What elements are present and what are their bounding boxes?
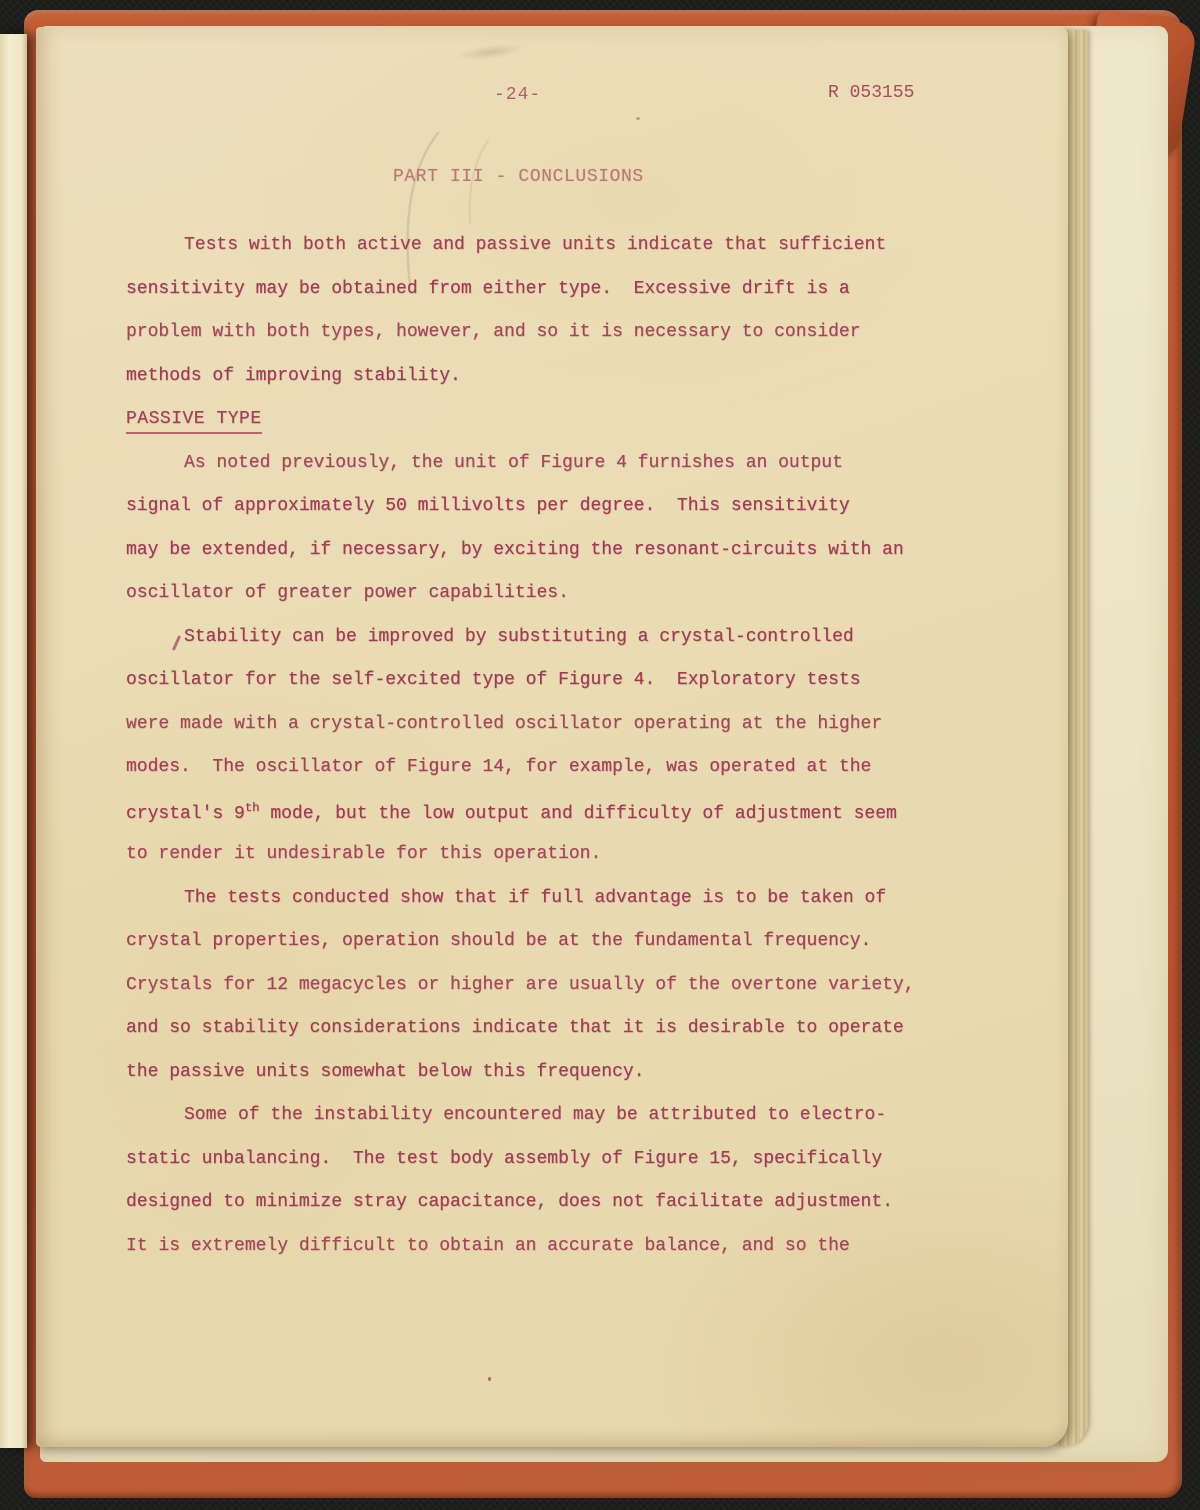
page-body: Tests with both active and passive units… [126,235,936,1279]
section-title: PART III - CONCLUSIONS [393,167,644,187]
text-line: signal of approximately 50 millivolts pe… [126,496,936,540]
book-scan-background: -24- R 053155 PART III - CONCLUSIONS Tes… [0,0,1200,1510]
section-heading-text: PASSIVE TYPE [126,409,262,434]
text-line: static unbalancing. The test body assemb… [126,1149,936,1193]
facing-page-edge [0,34,27,1448]
text-line: The tests conducted show that if full ad… [126,888,936,932]
text-line: problem with both types, however, and so… [126,322,936,366]
text-line: the passive units somewhat below this fr… [126,1062,936,1106]
text-line: As noted previously, the unit of Figure … [126,453,936,497]
text-line: oscillator for the self-excited type of … [126,670,936,714]
ink-speck [488,1377,491,1381]
text-line: crystal properties, operation should be … [126,931,936,975]
text-line: modes. The oscillator of Figure 14, for … [126,757,936,801]
document-page: -24- R 053155 PART III - CONCLUSIONS Tes… [36,27,1068,1447]
text-line: may be extended, if necessary, by exciti… [126,540,936,584]
reference-number: R 053155 [828,83,914,103]
text-line: and so stability considerations indicate… [126,1018,936,1062]
text-line: It is extremely difficult to obtain an a… [126,1236,936,1280]
ink-speck [636,117,640,120]
section-heading: PASSIVE TYPE [126,409,936,453]
text-line: Some of the instability encountered may … [126,1105,936,1149]
text-line: Stability can be improved by substitutin… [126,627,936,671]
text-line: oscillator of greater power capabilities… [126,583,936,627]
text-line: Tests with both active and passive units… [126,235,936,279]
page-number: -24- [494,85,541,105]
text-line: Crystals for 12 megacycles or higher are… [126,975,936,1019]
text-line: sensitivity may be obtained from either … [126,279,936,323]
text-line: to render it undesirable for this operat… [126,844,936,888]
text-line: were made with a crystal-controlled osci… [126,714,936,758]
text-line: methods of improving stability. [126,366,936,410]
paper-smudge [455,40,526,64]
text-line: designed to minimize stray capacitance, … [126,1192,936,1236]
text-line: crystal's 9th mode, but the low output a… [126,801,936,845]
